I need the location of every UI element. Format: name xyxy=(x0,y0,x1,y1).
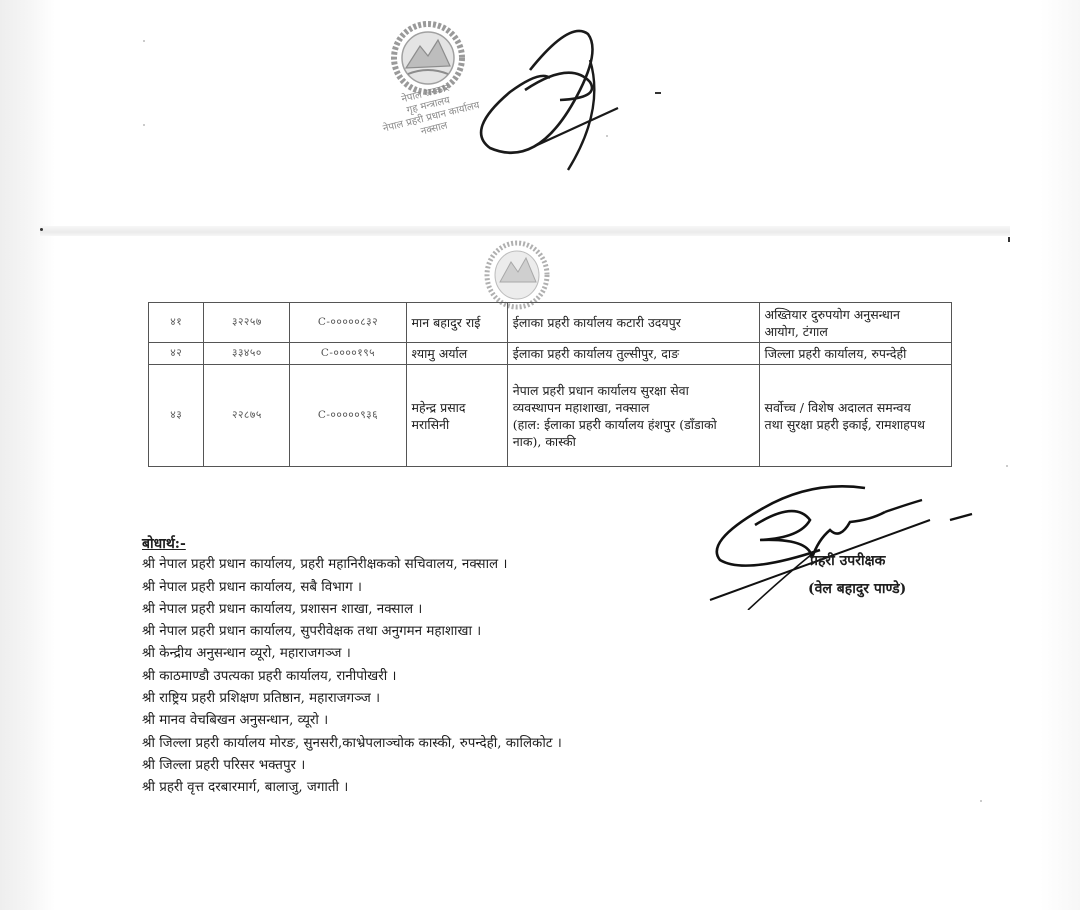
cc-item: श्री नेपाल प्रहरी प्रधान कार्यालय, सबै व… xyxy=(142,577,702,599)
cc-item: श्री काठमाण्डौ उपत्यका प्रहरी कार्यालय, … xyxy=(142,666,702,688)
officer-name: महेन्द्र प्रसाद मरासिनी xyxy=(406,365,507,467)
cc-item: श्री नेपाल प्रहरी प्रधान कार्यालय, प्रहर… xyxy=(142,554,702,576)
transfer-office: अख्तियार दुरुपयोग अनुसन्धान आयोग, टंगाल xyxy=(759,303,951,343)
transfer-office: सर्वोच्च / विशेष अदालत समन्वय तथा सुरक्ष… xyxy=(759,365,951,467)
cc-heading: बोधार्थ:- xyxy=(142,533,702,555)
police-id: ३२२५७ xyxy=(204,303,290,343)
scan-speck xyxy=(1006,465,1008,467)
table-row: ४३ २२८७५ C-०००००९३६ महेन्द्र प्रसाद मरास… xyxy=(149,365,952,467)
transfer-table: ४१ ३२२५७ C-०००००८३२ मान बहादुर राई ईलाका… xyxy=(148,302,952,467)
table-row: ४२ ३३४५० C-००००१९५ श्यामु अर्याल ईलाका प… xyxy=(149,343,952,365)
cc-item: श्री केन्द्रीय अनुसन्धान व्यूरो, महाराजग… xyxy=(142,643,702,665)
staff-code: C-००००१९५ xyxy=(290,343,406,365)
current-office: ईलाका प्रहरी कार्यालय कटारी उदयपुर xyxy=(507,303,759,343)
signatory-name: (वेल बहादुर पाण्डे) xyxy=(808,579,906,598)
cc-item: श्री नेपाल प्रहरी प्रधान कार्यालय, सुपरी… xyxy=(142,621,702,643)
serial-number: ४३ xyxy=(149,365,204,467)
scan-speck xyxy=(40,228,43,231)
cc-item: श्री जिल्ला प्रहरी परिसर भक्तपुर । xyxy=(142,755,702,777)
scan-speck xyxy=(143,40,145,42)
page-break-divider xyxy=(40,226,1010,236)
scan-speck xyxy=(1008,237,1010,242)
current-office: ईलाका प्रहरी कार्यालय तुल्सीपुर, दाङ xyxy=(507,343,759,365)
cc-list: बोधार्थ:- श्री नेपाल प्रहरी प्रधान कार्य… xyxy=(142,533,702,800)
transfer-office: जिल्ला प्रहरी कार्यालय, रुपन्देही xyxy=(759,343,951,365)
nepal-emblem-icon xyxy=(478,240,556,310)
serial-number: ४१ xyxy=(149,303,204,343)
current-office: नेपाल प्रहरी प्रधान कार्यालय सुरक्षा सेव… xyxy=(507,365,759,467)
scan-speck xyxy=(143,124,145,126)
cc-item: श्री जिल्ला प्रहरी कार्यालय मोरङ, सुनसरी… xyxy=(142,733,702,755)
scan-speck xyxy=(980,800,982,802)
cc-item: श्री प्रहरी वृत्त दरबारमार्ग, बालाजु, जग… xyxy=(142,777,702,799)
staff-code: C-०००००९३६ xyxy=(290,365,406,467)
cc-item: श्री नेपाल प्रहरी प्रधान कार्यालय, प्रशा… xyxy=(142,599,702,621)
cc-item: श्री राष्ट्रिय प्रहरी प्रशिक्षण प्रतिष्ठ… xyxy=(142,688,702,710)
officer-name: श्यामु अर्याल xyxy=(406,343,507,365)
signatory-title: प्रहरी उपरीक्षक xyxy=(810,551,885,570)
police-id: ३३४५० xyxy=(204,343,290,365)
cc-item: श्री मानव वेचबिखन अनुसन्धान, व्यूरो । xyxy=(142,710,702,732)
scan-speck xyxy=(606,135,608,137)
table-row: ४१ ३२२५७ C-०००००८३२ मान बहादुर राई ईलाका… xyxy=(149,303,952,343)
officer-name: मान बहादुर राई xyxy=(406,303,507,343)
staff-code: C-०००००८३२ xyxy=(290,303,406,343)
police-id: २२८७५ xyxy=(204,365,290,467)
top-signature xyxy=(470,20,700,180)
serial-number: ४२ xyxy=(149,343,204,365)
